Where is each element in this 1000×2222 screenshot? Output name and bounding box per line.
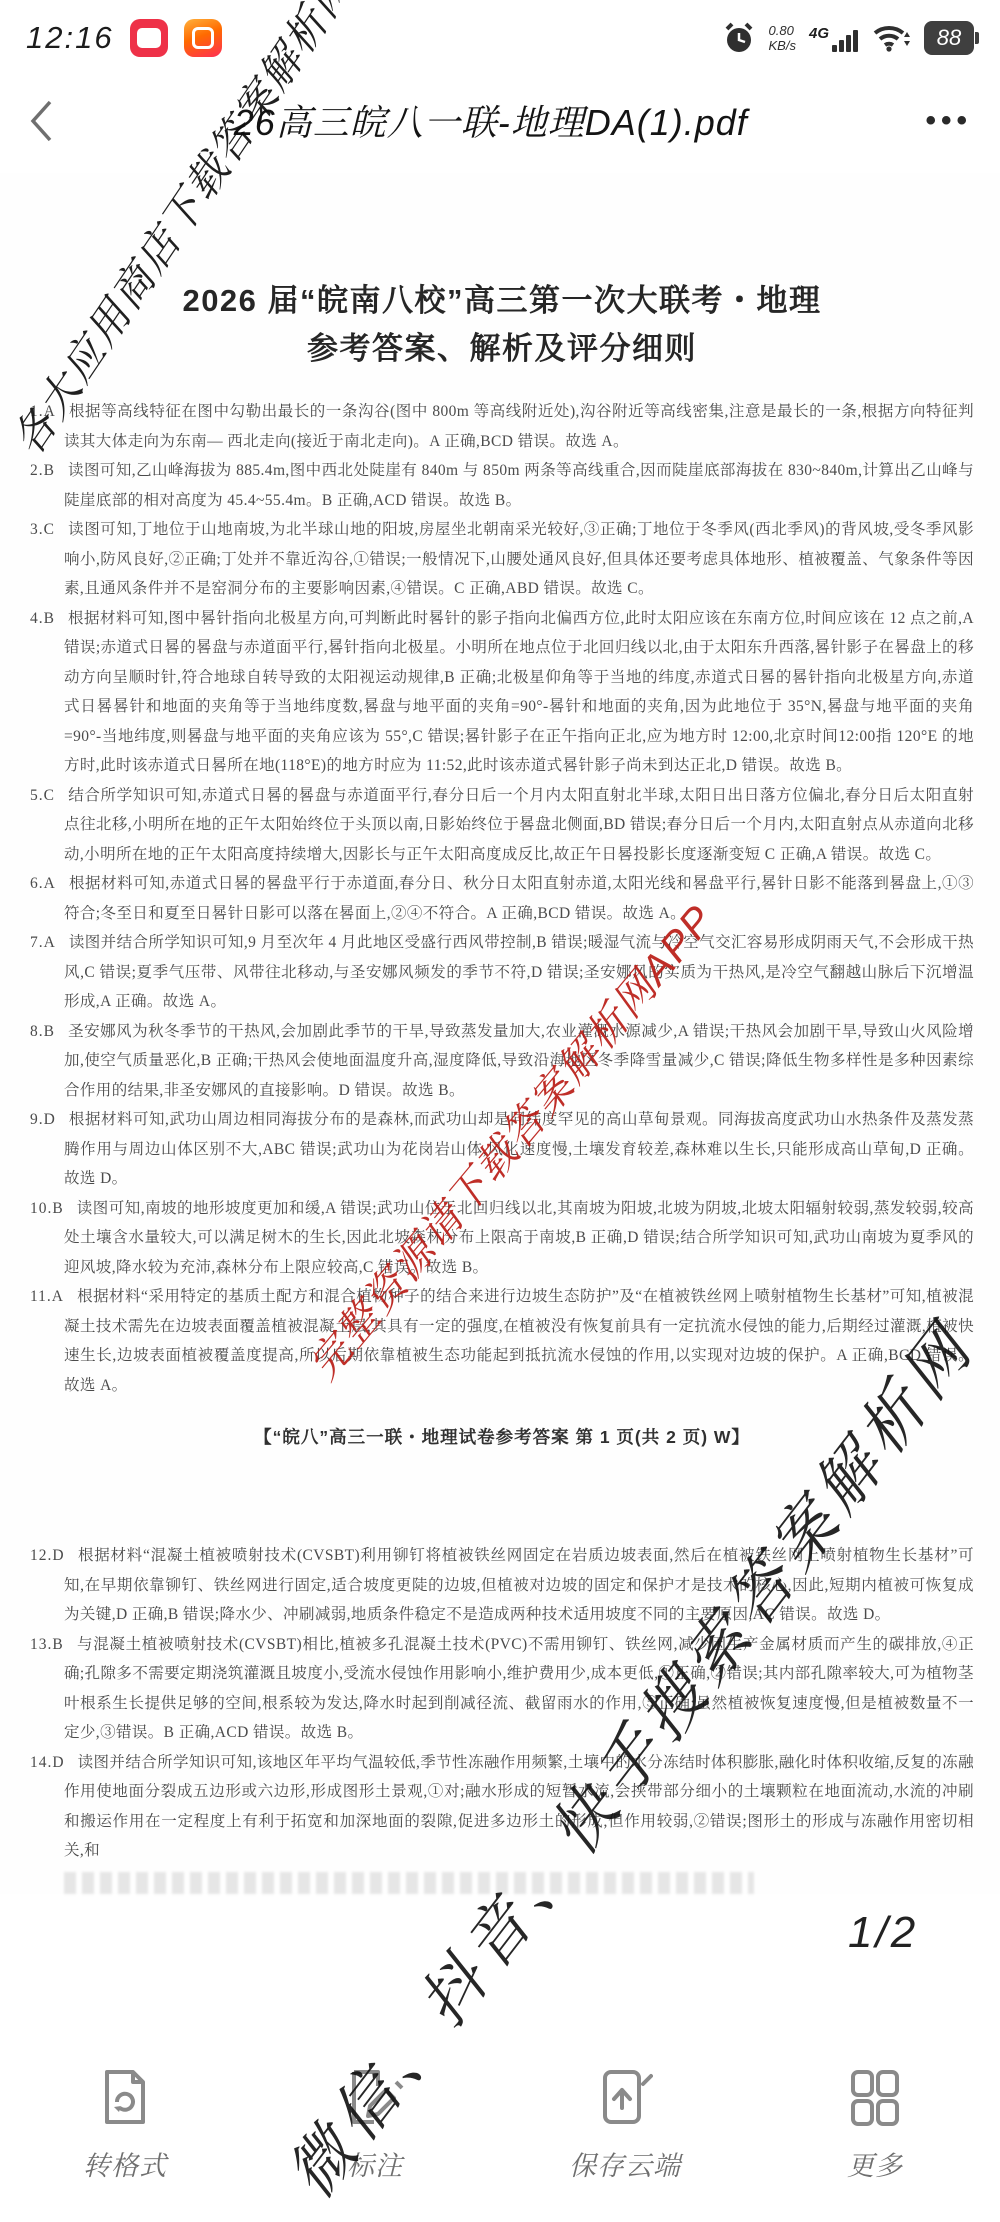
taobao-app-icon xyxy=(184,19,222,57)
answer-item: 12.D根据材料“混凝土植被喷射技术(CVSBT)利用铆钉将植被铁丝网固定在岩质… xyxy=(30,1541,974,1630)
more-grid-icon xyxy=(847,2068,903,2126)
toolbar-label: 更多 xyxy=(847,2144,903,2183)
battery-level: 88 xyxy=(937,25,961,51)
answer-item: 14.D读图并结合所学知识可知,该地区年平均气温较低,季节性冻融作用频繁,土壤中… xyxy=(30,1748,974,1866)
toolbar-more[interactable]: 更多 xyxy=(750,2068,1000,2183)
toolbar-save-cloud[interactable]: 保存云端 xyxy=(500,2068,750,2183)
back-chevron-icon[interactable] xyxy=(28,98,56,144)
file-title: 26高三皖八一联-地理DA(1).pdf xyxy=(56,95,925,146)
toolbar-label: 保存云端 xyxy=(569,2144,681,2183)
document-title-line1: 2026 届“皖南八校”高三第一次大联考・地理 xyxy=(30,277,974,325)
battery-indicator: 88 xyxy=(924,21,974,55)
answer-item: 6.A根据材料可知,赤道式日晷的晷盘平行于赤道面,春分日、秋分日太阳直射赤道,太… xyxy=(30,869,974,928)
answer-item: 1.A根据等高线特征在图中勾勒出最长的一条沟谷(图中 800m 等高线附近处),… xyxy=(30,397,974,456)
network-type-label: 4G xyxy=(809,25,829,42)
toolbar-annotate[interactable]: 标注 xyxy=(250,2068,500,2183)
answer-item: 4.B根据材料可知,图中晷针指向北极星方向,可判断此时晷针的影子指向北偏西方位,… xyxy=(30,604,974,781)
answers-page2: 12.D根据材料“混凝土植被喷射技术(CVSBT)利用铆钉将植被铁丝网固定在岩质… xyxy=(30,1541,974,1894)
save-cloud-icon xyxy=(597,2068,653,2126)
answer-item: 13.B与混凝土植被喷射技术(CVSBT)相比,植被多孔混凝土技术(PVC)不需… xyxy=(30,1630,974,1748)
network-speed: 0.80 KB/s xyxy=(769,23,796,53)
status-bar: 12:16 0.80 KB/s 4G xyxy=(0,0,1000,68)
answer-item: 11.A根据材料“采用特定的基质土配方和混合植物种子的结合来进行边坡生态防护”及… xyxy=(30,1282,974,1400)
document-title-line2: 参考答案、解析及评分细则 xyxy=(30,325,974,373)
pdf-page[interactable]: 2026 届“皖南八校”高三第一次大联考・地理 参考答案、解析及评分细则 1.A… xyxy=(0,173,1000,1894)
more-dots-icon[interactable]: ••• xyxy=(925,104,972,138)
answer-item: 2.B读图可知,乙山峰海拔为 885.4m,图中西北处陡崖有 840m 与 85… xyxy=(30,456,974,515)
answers-page1: 1.A根据等高线特征在图中勾勒出最长的一条沟谷(图中 800m 等高线附近处),… xyxy=(30,397,974,1400)
answer-item: 9.D根据材料可知,武功山周边相同海拔分布的是森林,而武功山却是同纬度罕见的高山… xyxy=(30,1105,974,1194)
alarm-clock-icon xyxy=(722,21,756,55)
toolbar-label: 转格式 xyxy=(83,2144,167,2183)
clock-time: 12:16 xyxy=(26,20,114,56)
xiaohongshu-app-icon xyxy=(130,19,168,57)
answer-item: 8.B圣安娜风为秋冬季节的干热风,会加剧此季节的干旱,导致蒸发量加大,农业灌溉水… xyxy=(30,1017,974,1106)
nav-bar: 26高三皖八一联-地理DA(1).pdf ••• xyxy=(0,68,1000,173)
toolbar-label: 标注 xyxy=(347,2144,403,2183)
wifi-icon xyxy=(873,24,911,52)
faded-cutoff-line xyxy=(64,1872,754,1894)
cellular-signal-icon: 4G xyxy=(809,25,860,52)
page-indicator: 1/2 xyxy=(848,1908,918,1958)
convert-format-icon xyxy=(97,2068,153,2126)
answer-item: 3.C读图可知,丁地位于山地南坡,为北半球山地的阳坡,房屋坐北朝南采光较好,③正… xyxy=(30,515,974,604)
page1-footer: 【“皖八”高三一联・地理试卷参考答案 第 1 页(共 2 页) W】 xyxy=(30,1424,974,1449)
answer-item: 7.A读图并结合所学知识可知,9 月至次年 4 月此地区受盛行西风带控制,B 错… xyxy=(30,928,974,1017)
annotate-icon xyxy=(346,2068,404,2126)
answer-item: 10.B读图可知,南坡的地形坡度更加和缓,A 错误;武功山位于北回归线以北,其南… xyxy=(30,1194,974,1283)
answer-item: 5.C结合所学知识可知,赤道式日晷的晷盘与赤道面平行,春分日后一个月内太阳直射北… xyxy=(30,781,974,870)
bottom-toolbar: 转格式 标注 保存云端 xyxy=(0,2062,1000,2222)
toolbar-convert-format[interactable]: 转格式 xyxy=(0,2068,250,2183)
